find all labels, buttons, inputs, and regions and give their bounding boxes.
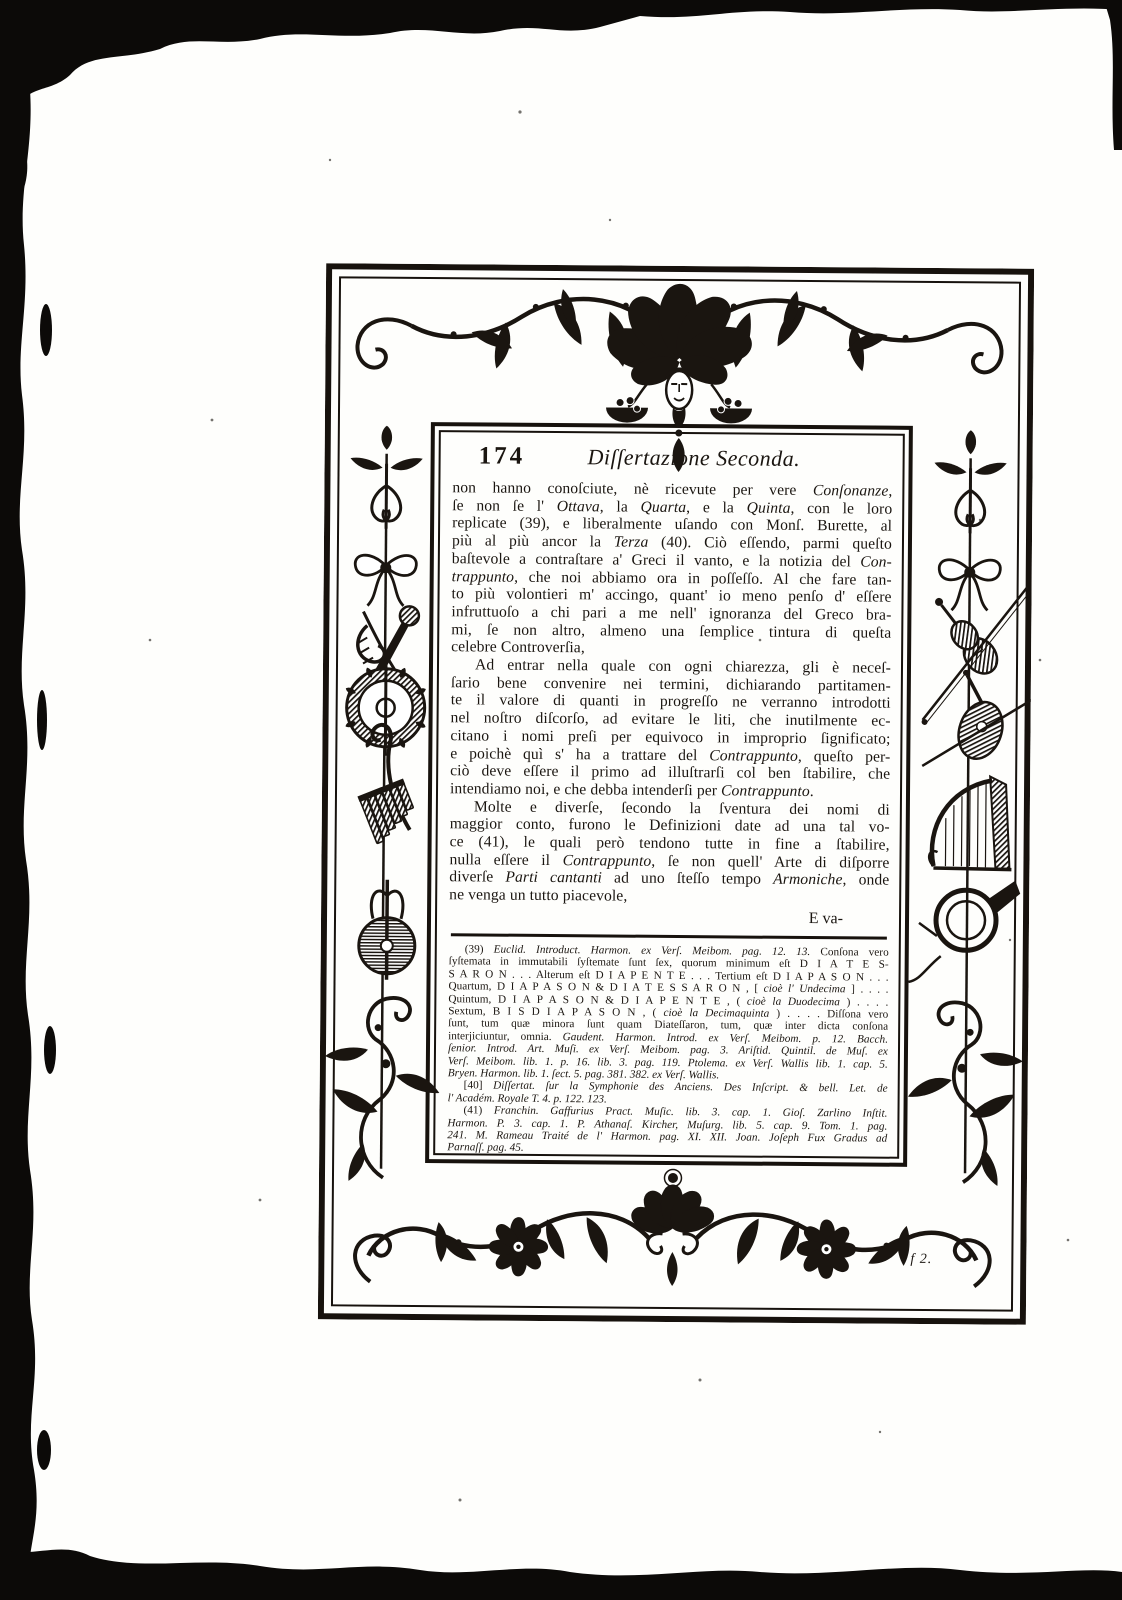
running-title: Diſſertazione Seconda. (525, 444, 893, 473)
footnote-40: [40] Diſſertat. ſur la Symphonie des Anc… (448, 1080, 888, 1108)
scanned-book-page: 174 Diſſertazione Seconda. non hanno con… (0, 0, 1122, 1600)
tambourine (344, 661, 427, 756)
plate-mark: f 2. (910, 1252, 932, 1268)
catchword: E va- (449, 907, 889, 928)
harp (929, 776, 1012, 870)
right-trophy-band (907, 430, 1034, 1186)
page-header: 174 Diſſertazione Seconda. (453, 442, 893, 473)
paragraph-2: Ad entrar nella quale con ogni chiarezza… (450, 656, 891, 801)
text-box-inner: 174 Diſſertazione Seconda. non hanno con… (433, 430, 905, 1159)
lute (922, 669, 1034, 767)
paragraph-1: non hanno conoſciute, nè ricevute per ve… (451, 479, 892, 659)
trumpet-and-scroll (357, 606, 419, 700)
footnotes: (39) Euclid. Introduct. Harmon. ex Verſ.… (447, 943, 889, 1157)
pan-pipes (357, 725, 422, 845)
body-text: non hanno conoſciute, nè ricevute per ve… (449, 479, 892, 907)
palmette (628, 1169, 718, 1286)
footnote-39: (39) Euclid. Introduct. Harmon. ex Verſ.… (448, 943, 889, 1083)
text-box: 174 Diſſertazione Seconda. non hanno con… (425, 422, 913, 1167)
hunting-horn (909, 880, 1021, 983)
text-line: ne venga un tutto piacevole, (449, 886, 889, 907)
footnote-41: (41) Franchin. Gaffurius Pract. Muſic. l… (447, 1104, 887, 1157)
page-number: 174 (479, 442, 526, 470)
engraved-plate: 174 Diſſertazione Seconda. non hanno con… (318, 263, 1034, 1325)
paragraph-3: Molte e diverſe, ſecondo la ſventura dei… (449, 798, 890, 908)
footnote-rule (451, 933, 887, 939)
round-lute (359, 880, 416, 980)
violin-and-bow (922, 586, 1031, 726)
bottom-ornament-band (355, 1167, 991, 1288)
